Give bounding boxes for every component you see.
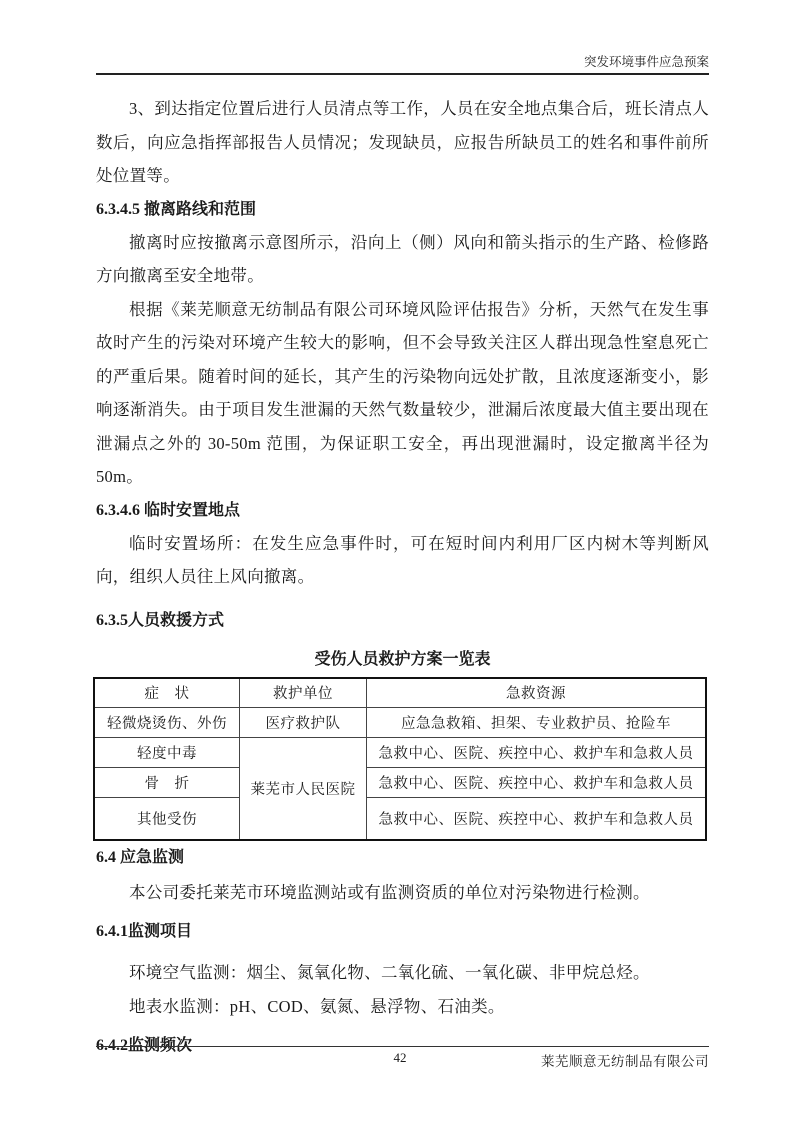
paragraph-water-monitoring: 地表水监测：pH、COD、氨氮、悬浮物、石油类。	[96, 990, 709, 1024]
header-cell-unit: 救护单位	[240, 678, 367, 708]
table-title: 受伤人员救护方案一览表	[96, 649, 709, 671]
cell-resources: 急救中心、医院、疾控中心、救护车和急救人员	[367, 768, 707, 798]
cell-resources: 急救中心、医院、疾控中心、救护车和急救人员	[367, 738, 707, 768]
table-row: 轻微烧烫伤、外伤 医疗救护队 应急急救箱、担架、专业救护员、抢险车	[94, 708, 706, 738]
paragraph-step-3: 3、到达指定位置后进行人员清点等工作，人员在安全地点集合后，班长清点人数后，向应…	[96, 92, 709, 193]
heading-6-3-4-5: 6.3.4.5 撤离路线和范围	[96, 193, 709, 226]
table-header-row: 症 状 救护单位 急救资源	[94, 678, 706, 708]
paragraph-risk-analysis: 根据《莱芜顺意无纺制品有限公司环境风险评估报告》分析，天然气在发生事故时产生的污…	[96, 293, 709, 494]
cell-unit-merged: 莱芜市人民医院	[240, 738, 367, 840]
header-cell-symptom: 症 状	[94, 678, 240, 708]
paragraph-evacuation-route: 撤离时应按撤离示意图所示，沿向上（侧）风向和箭头指示的生产路、检修路方向撤离至安…	[96, 226, 709, 293]
footer-company-name: 莱芜顺意无纺制品有限公司	[541, 1050, 709, 1070]
cell-resources: 急救中心、医院、疾控中心、救护车和急救人员	[367, 798, 707, 840]
paragraph-monitoring: 本公司委托莱芜市环境监测站或有监测资质的单位对污染物进行检测。	[96, 876, 709, 910]
header-divider	[96, 73, 709, 75]
heading-6-3-5: 6.3.5人员救援方式	[96, 604, 709, 637]
cell-symptom: 骨 折	[94, 768, 240, 798]
cell-resources: 应急急救箱、担架、专业救护员、抢险车	[367, 708, 707, 738]
cell-symptom: 其他受伤	[94, 798, 240, 840]
cell-symptom: 轻微烧烫伤、外伤	[94, 708, 240, 738]
footer-divider	[96, 1046, 709, 1047]
table-row: 其他受伤 急救中心、医院、疾控中心、救护车和急救人员	[94, 798, 706, 840]
paragraph-temporary-shelter: 临时安置场所：在发生应急事件时，可在短时间内利用厂区内树木等判断风向，组织人员往…	[96, 527, 709, 594]
running-header: 突发环境事件应急预案	[96, 52, 709, 72]
paragraph-air-monitoring: 环境空气监测：烟尘、氮氧化物、二氧化硫、一氧化碳、非甲烷总烃。	[96, 956, 709, 990]
heading-6-4: 6.4 应急监测	[96, 841, 709, 874]
cell-unit: 医疗救护队	[240, 708, 367, 738]
rescue-plan-table: 症 状 救护单位 急救资源 轻微烧烫伤、外伤 医疗救护队 应急急救箱、担架、专业…	[93, 677, 707, 841]
heading-6-4-1: 6.4.1监测项目	[96, 915, 709, 948]
table-row: 骨 折 急救中心、医院、疾控中心、救护车和急救人员	[94, 768, 706, 798]
cell-symptom: 轻度中毒	[94, 738, 240, 768]
page-number: 42	[380, 1050, 420, 1066]
header-cell-resources: 急救资源	[367, 678, 707, 708]
heading-6-3-4-6: 6.3.4.6 临时安置地点	[96, 494, 709, 527]
page-content: 3、到达指定位置后进行人员清点等工作，人员在安全地点集合后，班长清点人数后，向应…	[96, 92, 709, 1062]
table-row: 轻度中毒 莱芜市人民医院 急救中心、医院、疾控中心、救护车和急救人员	[94, 738, 706, 768]
